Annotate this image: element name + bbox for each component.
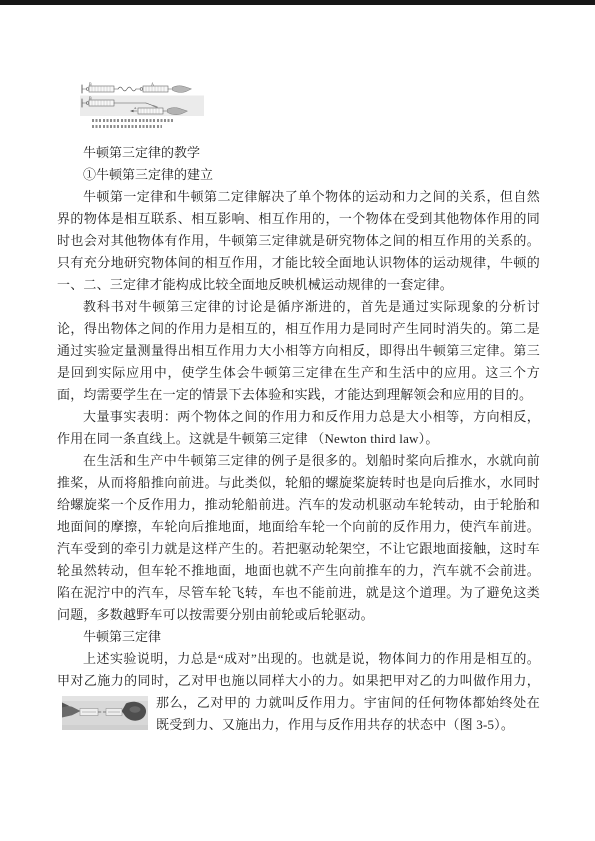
page-content: B A B	[57, 0, 540, 736]
heading-law: 牛顿第三定律	[57, 626, 540, 648]
paragraph-law-statement: 大量事实表明：两个物体之间的作用力和反作用力总是大小相等，方向相反，作用在同一条…	[57, 406, 540, 450]
paragraph-action-reaction: 上述实验说明，力总是“成对”出现的。也就是说，物体间力的作用是相互的。甲对乙施力…	[57, 648, 540, 736]
spring-scale-diagram: B A B	[80, 82, 204, 116]
paragraph-overview: 牛顿第一定律和牛顿第二定律解决了单个物体的运动和力之间的关系，但自然界的物体是相…	[57, 186, 540, 296]
figure-caption-line	[92, 119, 174, 122]
diagram-row-1: B A	[82, 82, 192, 93]
figure-3-5-photo	[62, 696, 148, 730]
hands-pulling-spring-scales-photo	[62, 696, 148, 730]
paragraph-textbook-approach: 教科书对牛顿第三定律的讨论是循序渐进的，首先是通过实际现象的分析讨论，得出物体之…	[57, 296, 540, 406]
hand-icon	[173, 86, 192, 93]
heading-teaching: 牛顿第三定律的教学	[57, 142, 540, 164]
scanned-document-page: B A B	[0, 0, 595, 841]
figure-spring-scale-experiment: B A B	[80, 82, 204, 128]
heading-establish: ①牛顿第三定律的建立	[57, 164, 540, 186]
figure-caption-line	[92, 125, 162, 128]
paragraph-examples: 在生活和生产中牛顿第三定律的例子是很多的。划船时桨向后推水，水就向前推桨，从而将…	[57, 450, 540, 626]
